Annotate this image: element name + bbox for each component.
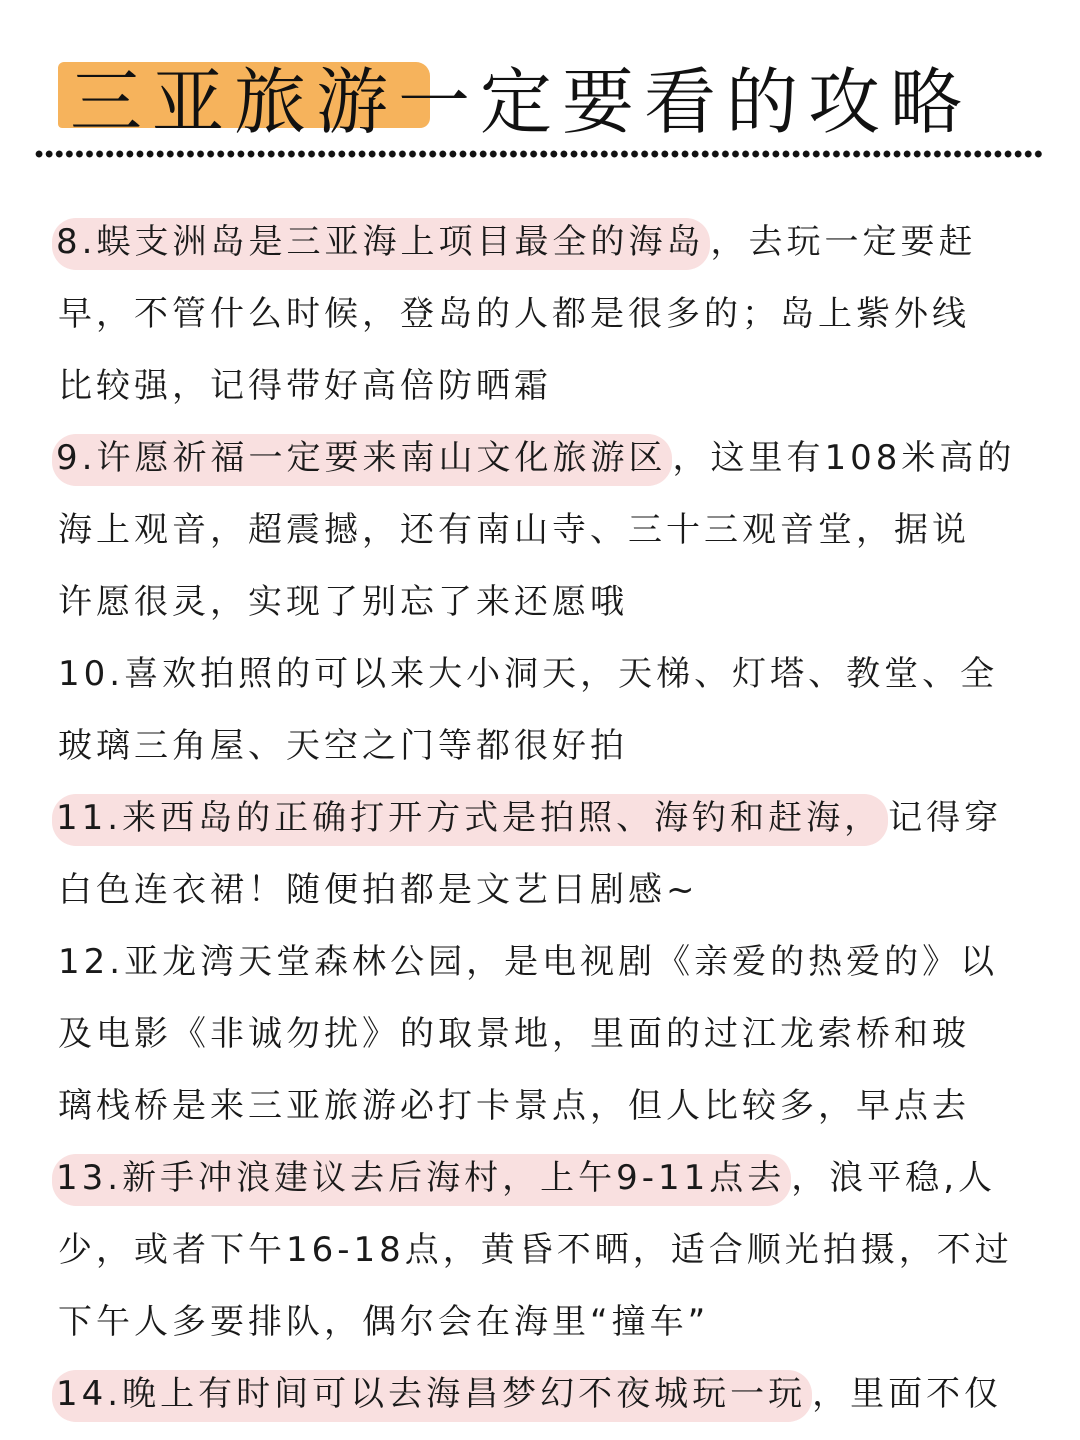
body-text: 10.喜欢拍照的可以来大小洞天，天梯、灯塔、教堂、全 (58, 654, 998, 694)
tip-line: 11.来西岛的正确打开方式是拍照、海钓和赶海，记得穿 (58, 782, 1018, 854)
highlighted-text: 14.晚上有时间可以去海昌梦幻不夜城玩一玩 (52, 1370, 812, 1422)
title-highlighted-text: 三亚旅游 (70, 60, 398, 144)
body-text: 早，不管什么时候，登岛的人都是很多的；岛上紫外线 (58, 294, 970, 334)
dotted-divider (34, 149, 1042, 159)
page-title: 三亚旅游一定要看的攻略 (70, 52, 972, 152)
body-text: 海上观音，超震撼，还有南山寺、三十三观音堂，据说 (58, 510, 970, 550)
body-text: 下午人多要排队，偶尔会在海里“撞车” (58, 1302, 709, 1342)
page-header: 三亚旅游一定要看的攻略 (0, 52, 1080, 152)
tip-item-9: 9.许愿祈福一定要来南山文化旅游区，这里有108米高的海上观音，超震撼，还有南山… (58, 422, 1018, 638)
tip-line: 白色连衣裙！随便拍都是文艺日剧感~ (58, 854, 1018, 926)
tip-item-14: 14.晚上有时间可以去海昌梦幻不夜城玩一玩，里面不仅 (58, 1358, 1018, 1430)
highlighted-text: 13.新手冲浪建议去后海村，上午9-11点去 (52, 1154, 791, 1206)
body-text: 少，或者下午16-18点，黄昏不晒，适合顺光拍摄，不过 (58, 1230, 1013, 1270)
body-text: ，去玩一定要赶 (710, 222, 976, 262)
tip-line: 比较强，记得带好高倍防晒霜 (58, 350, 1018, 422)
highlighted-text: 11.来西岛的正确打开方式是拍照、海钓和赶海， (52, 794, 888, 846)
body-text: 12.亚龙湾天堂森林公园，是电视剧《亲爱的热爱的》以 (58, 942, 998, 982)
body-text: 许愿很灵，实现了别忘了来还愿哦 (58, 582, 628, 622)
body-text: ，这里有108米高的 (672, 438, 1015, 478)
tip-line: 14.晚上有时间可以去海昌梦幻不夜城玩一玩，里面不仅 (58, 1358, 1018, 1430)
tip-line: 早，不管什么时候，登岛的人都是很多的；岛上紫外线 (58, 278, 1018, 350)
tip-line: 10.喜欢拍照的可以来大小洞天，天梯、灯塔、教堂、全 (58, 638, 1018, 710)
body-text: 玻璃三角屋、天空之门等都很好拍 (58, 726, 628, 766)
tip-line: 少，或者下午16-18点，黄昏不晒，适合顺光拍摄，不过 (58, 1214, 1018, 1286)
body-text: 及电影《非诚勿扰》的取景地，里面的过江龙索桥和玻 (58, 1014, 970, 1054)
body-text: 比较强，记得带好高倍防晒霜 (58, 366, 552, 406)
tip-line: 海上观音，超震撼，还有南山寺、三十三观音堂，据说 (58, 494, 1018, 566)
tip-line: 下午人多要排队，偶尔会在海里“撞车” (58, 1286, 1018, 1358)
title-rest-text: 一定要看的攻略 (398, 60, 972, 144)
tip-line: 许愿很灵，实现了别忘了来还愿哦 (58, 566, 1018, 638)
tip-line: 12.亚龙湾天堂森林公园，是电视剧《亲爱的热爱的》以 (58, 926, 1018, 998)
tip-line: 及电影《非诚勿扰》的取景地，里面的过江龙索桥和玻 (58, 998, 1018, 1070)
tip-line: 9.许愿祈福一定要来南山文化旅游区，这里有108米高的 (58, 422, 1018, 494)
tip-item-8: 8.蜈支洲岛是三亚海上项目最全的海岛，去玩一定要赶早，不管什么时候，登岛的人都是… (58, 206, 1018, 422)
highlighted-text: 9.许愿祈福一定要来南山文化旅游区 (52, 434, 672, 486)
highlighted-text: 8.蜈支洲岛是三亚海上项目最全的海岛 (52, 218, 710, 270)
body-text: 璃栈桥是来三亚旅游必打卡景点，但人比较多，早点去 (58, 1086, 970, 1126)
tip-line: 璃栈桥是来三亚旅游必打卡景点，但人比较多，早点去 (58, 1070, 1018, 1142)
body-text: 白色连衣裙！随便拍都是文艺日剧感~ (58, 870, 699, 910)
body-text: 记得穿 (888, 798, 1002, 838)
body-text: ，浪平稳,人 (791, 1158, 996, 1198)
tip-line: 玻璃三角屋、天空之门等都很好拍 (58, 710, 1018, 782)
tip-line: 13.新手冲浪建议去后海村，上午9-11点去，浪平稳,人 (58, 1142, 1018, 1214)
tip-item-10: 10.喜欢拍照的可以来大小洞天，天梯、灯塔、教堂、全玻璃三角屋、天空之门等都很好… (58, 638, 1018, 782)
tips-list: 8.蜈支洲岛是三亚海上项目最全的海岛，去玩一定要赶早，不管什么时候，登岛的人都是… (58, 206, 1018, 1430)
tip-item-11: 11.来西岛的正确打开方式是拍照、海钓和赶海，记得穿白色连衣裙！随便拍都是文艺日… (58, 782, 1018, 926)
tip-item-12: 12.亚龙湾天堂森林公园，是电视剧《亲爱的热爱的》以及电影《非诚勿扰》的取景地，… (58, 926, 1018, 1142)
tip-line: 8.蜈支洲岛是三亚海上项目最全的海岛，去玩一定要赶 (58, 206, 1018, 278)
body-text: ，里面不仅 (812, 1374, 1002, 1414)
tip-item-13: 13.新手冲浪建议去后海村，上午9-11点去，浪平稳,人少，或者下午16-18点… (58, 1142, 1018, 1358)
